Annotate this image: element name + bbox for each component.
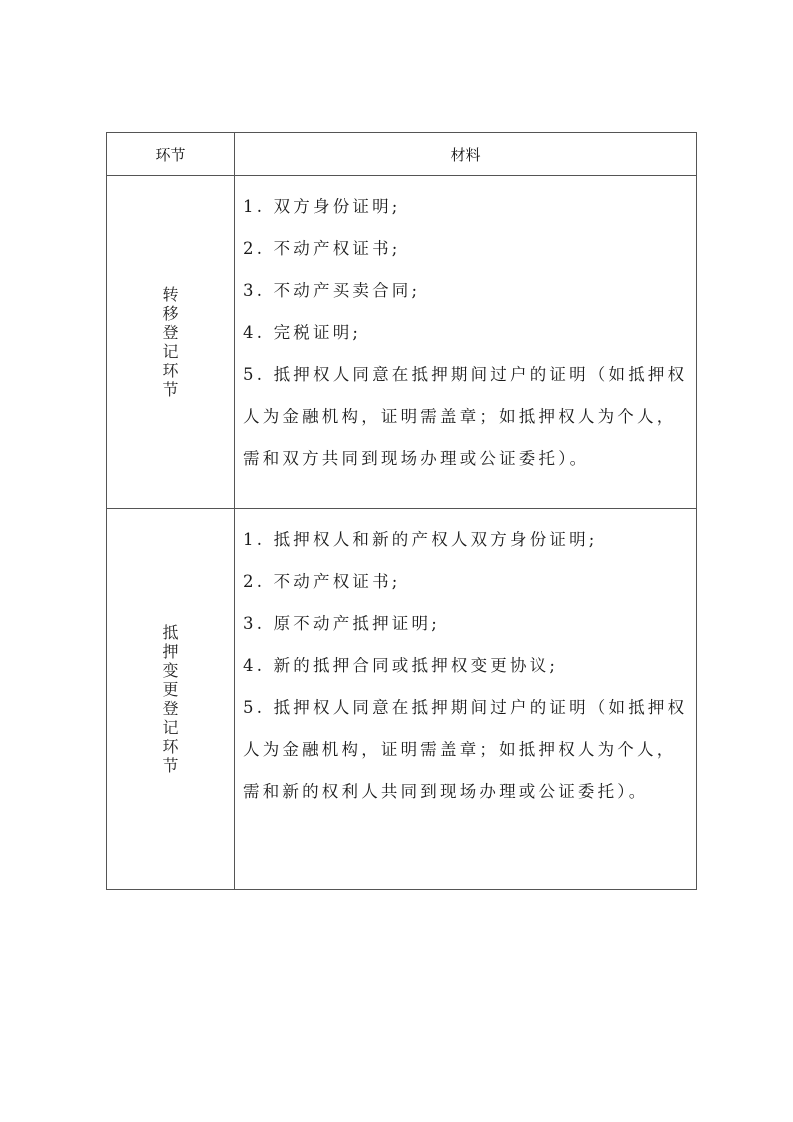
material-item: 5. 抵押权人同意在抵押期间过户的证明（如抵押权人为金融机构，证明需盖章；如抵押… [243, 687, 690, 813]
material-item: 3. 不动产买卖合同; [243, 270, 690, 312]
stage-cell: 抵押变更登记环节 [107, 509, 235, 890]
material-item: 4. 新的抵押合同或抵押权变更协议; [243, 645, 690, 687]
stage-label: 抵押变更登记环节 [162, 623, 180, 775]
material-item: 2. 不动产权证书; [243, 561, 690, 603]
materials-cell: 1. 抵押权人和新的产权人双方身份证明; 2. 不动产权证书; 3. 原不动产抵… [235, 509, 697, 890]
stage-label: 转移登记环节 [162, 285, 180, 399]
stage-cell: 转移登记环节 [107, 176, 235, 509]
material-item: 3. 原不动产抵押证明; [243, 603, 690, 645]
material-item: 1. 抵押权人和新的产权人双方身份证明; [243, 519, 690, 561]
document-page: 环节 材料 转移登记环节 1. 双方身份证明; 2. 不动产权证书; 3. 不动… [0, 0, 793, 1122]
header-stage: 环节 [107, 133, 235, 176]
materials-cell: 1. 双方身份证明; 2. 不动产权证书; 3. 不动产买卖合同; 4. 完税证… [235, 176, 697, 509]
material-item: 5. 抵押权人同意在抵押期间过户的证明（如抵押权人为金融机构，证明需盖章；如抵押… [243, 354, 690, 480]
material-item: 2. 不动产权证书; [243, 228, 690, 270]
material-item: 1. 双方身份证明; [243, 186, 690, 228]
table-header-row: 环节 材料 [107, 133, 697, 176]
table-row-mortgage-change-registration: 抵押变更登记环节 1. 抵押权人和新的产权人双方身份证明; 2. 不动产权证书;… [107, 509, 697, 890]
table-row-transfer-registration: 转移登记环节 1. 双方身份证明; 2. 不动产权证书; 3. 不动产买卖合同;… [107, 176, 697, 509]
header-materials: 材料 [235, 133, 697, 176]
materials-table: 环节 材料 转移登记环节 1. 双方身份证明; 2. 不动产权证书; 3. 不动… [106, 132, 697, 890]
material-item: 4. 完税证明; [243, 312, 690, 354]
